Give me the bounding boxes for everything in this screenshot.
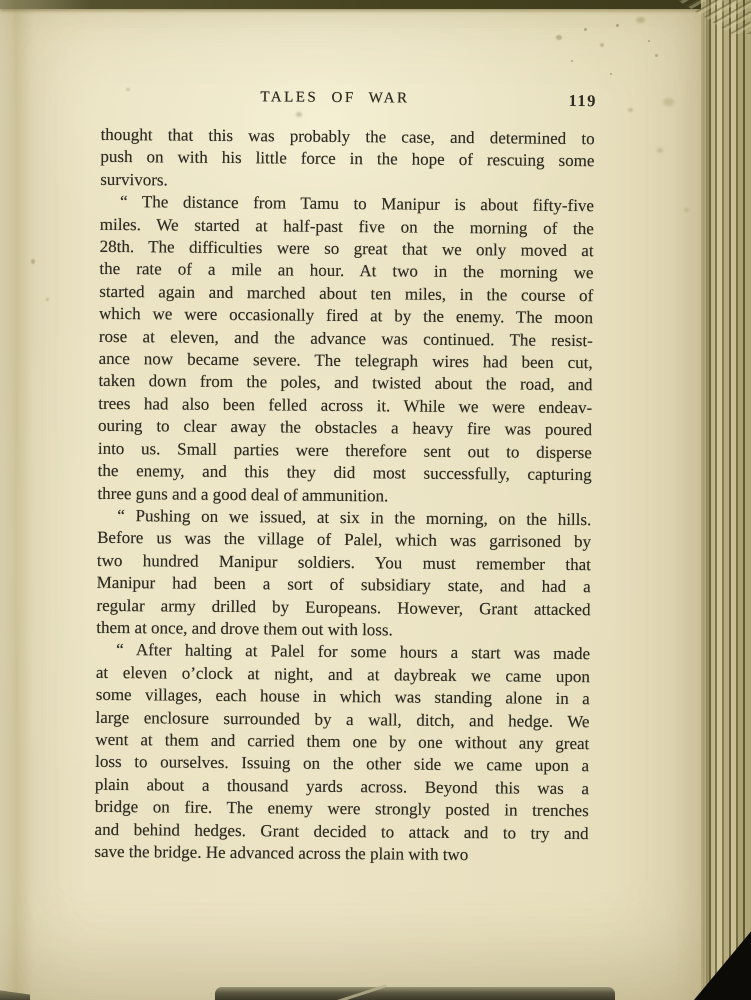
book-cover-bottom-edge xyxy=(215,987,615,1000)
scanned-book-page: { "header": { "title": "TALES OF WAR", "… xyxy=(0,0,751,1000)
text-line: push on with his little force in the hop… xyxy=(100,146,594,173)
text-line: save the bridge. He advanced across the … xyxy=(94,841,588,868)
paragraph: “ The distance from Tamu to Manipur is a… xyxy=(97,191,594,509)
fore-edge-page-stack xyxy=(701,0,751,1000)
printed-text-block: TALES OF WAR 119 thought that this was p… xyxy=(94,88,595,868)
paragraph: “ Pushing on we issued, at six in the mo… xyxy=(96,505,591,644)
book-top-edge xyxy=(0,0,751,9)
page-body-text: thought that this was probably the case,… xyxy=(94,124,594,868)
paragraph: “ After halting at Palel for some hours … xyxy=(94,639,590,867)
paragraph: thought that this was probably the case,… xyxy=(100,124,595,196)
running-head: TALES OF WAR 119 xyxy=(101,88,595,114)
page-number: 119 xyxy=(569,91,598,111)
page-title: TALES OF WAR xyxy=(101,88,569,109)
